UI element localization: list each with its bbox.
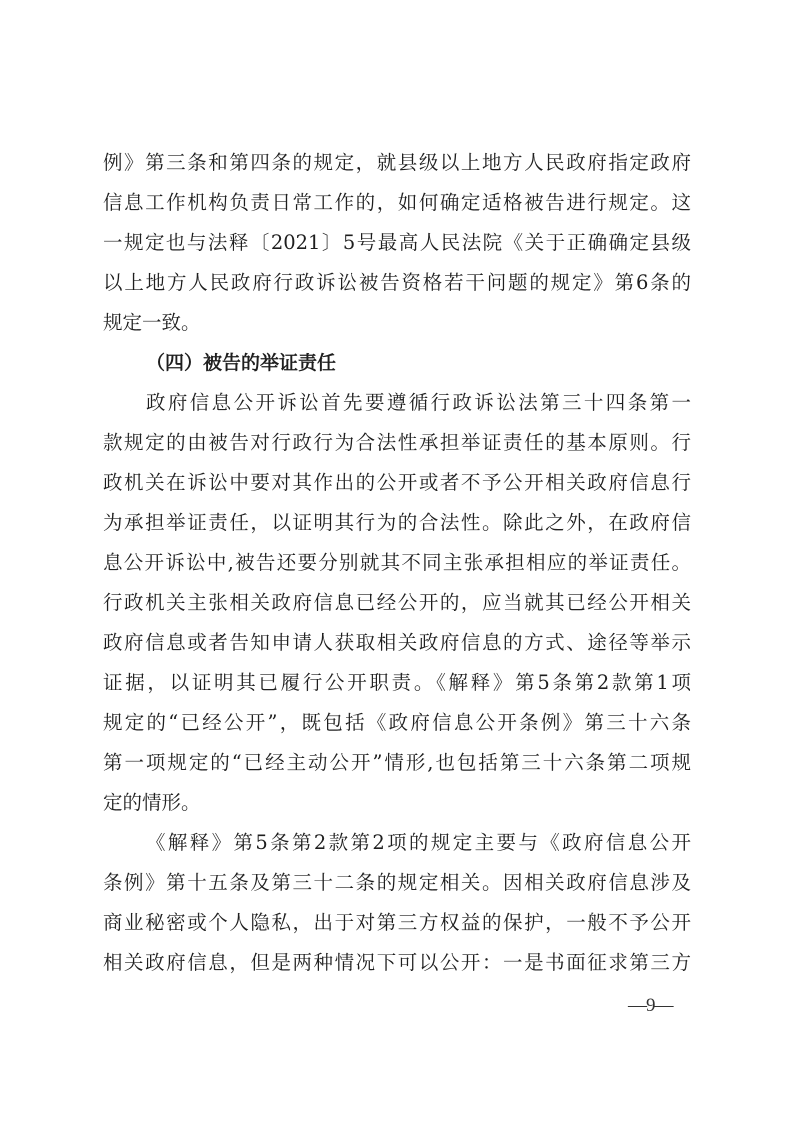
text-line: 政府信息或者告知申请人获取相关政府信息的方式、途径等举示 [103,628,691,668]
text-line: 政机关在诉讼中要对其作出的公开或者不予公开相关政府信息行 [103,468,691,508]
page-number: —9— [628,995,673,1017]
text-line: 条例》第十五条及第三十二条的规定相关。因相关政府信息涉及 [103,868,691,908]
text-line: 以上地方人民政府行政诉讼被告资格若干问题的规定》第6条的 [103,268,691,308]
text-line: 行政机关主张相关政府信息已经公开的，应当就其已经公开相关 [103,588,691,628]
text-line: 商业秘密或个人隐私，出于对第三方权益的保护，一般不予公开 [103,908,691,948]
text-line: 信息工作机构负责日常工作的，如何确定适格被告进行规定。这 [103,188,691,228]
text-line: 定的情形。 [103,788,691,828]
text-line: 证据，以证明其已履行公开职责。《解释》第5条第2款第1项 [103,668,691,708]
text-line: 第一项规定的“已经主动公开”情形,也包括第三十六条第二项规 [103,748,691,788]
text-line: 政府信息公开诉讼首先要遵循行政诉讼法第三十四条第一 [103,388,691,428]
text-line: 例》第三条和第四条的规定，就县级以上地方人民政府指定政府 [103,148,691,188]
body-text: 例》第三条和第四条的规定，就县级以上地方人民政府指定政府 信息工作机构负责日常工… [103,148,691,988]
text-line: 规定的“已经公开”，既包括《政府信息公开条例》第三十六条 [103,708,691,748]
text-line: 款规定的由被告对行政行为合法性承担举证责任的基本原则。行 [103,428,691,468]
text-line: 规定一致。 [103,308,691,348]
text-line: 息公开诉讼中,被告还要分别就其不同主张承担相应的举证责任。 [103,548,691,588]
text-line: 为承担举证责任，以证明其行为的合法性。除此之外，在政府信 [103,508,691,548]
text-line: 相关政府信息，但是两种情况下可以公开：一是书面征求第三方 [103,948,691,988]
text-line: 《解释》第5条第2款第2项的规定主要与《政府信息公开 [103,828,691,868]
text-line: 一规定也与法释〔2021〕5号最高人民法院《关于正确确定县级 [103,228,691,268]
section-heading: （四）被告的举证责任 [103,348,691,388]
document-page: 例》第三条和第四条的规定，就县级以上地方人民政府指定政府 信息工作机构负责日常工… [0,0,793,1122]
